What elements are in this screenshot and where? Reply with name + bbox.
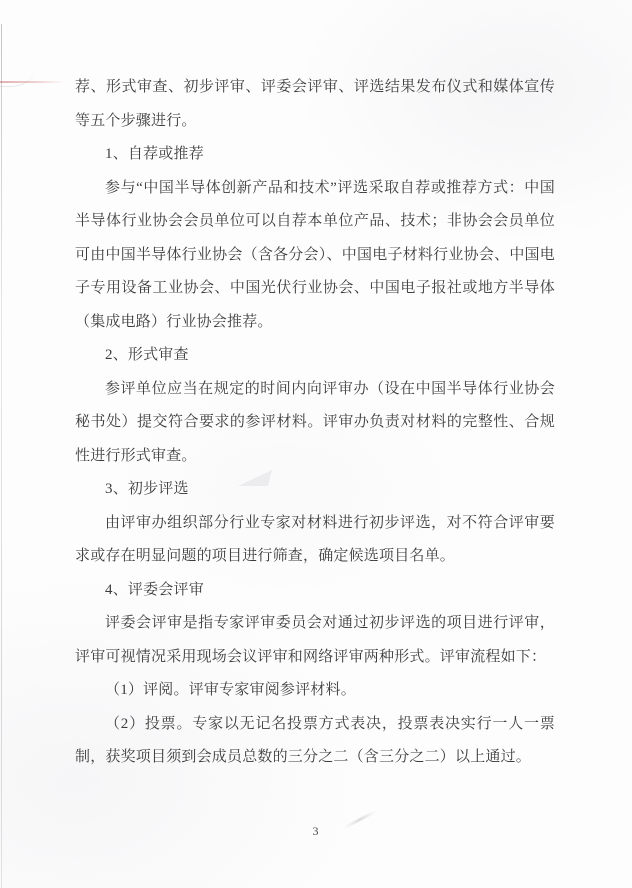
page-number: 3: [0, 824, 632, 839]
scan-edge-artifact: [1, 24, 2, 888]
document-body-text: 荐、形式审查、初步评审、评委会评审、评选结果发布仪式和媒体宣传等五个步骤进行。 …: [75, 71, 555, 775]
sub-item-2: （2）投票。专家以无记名投票方式表决，投票表决实行一人一票制，获奖项目须到会成员…: [75, 708, 555, 775]
body-paragraph-continuation: 荐、形式审查、初步评审、评委会评审、评选结果发布仪式和媒体宣传等五个步骤进行。: [75, 71, 555, 138]
section-heading-3: 3、初步评选: [75, 473, 555, 507]
pink-scan-mark: [0, 81, 64, 83]
section-heading-4: 4、评委会评审: [75, 574, 555, 608]
sub-item-1: （1）评阅。评审专家审阅参评材料。: [75, 674, 555, 708]
body-paragraph: 参评单位应当在规定的时间内向评审办（设在中国半导体行业协会秘书处）提交符合要求的…: [75, 373, 555, 474]
section-heading-2: 2、形式审查: [75, 339, 555, 373]
body-paragraph: 由评审办组织部分行业专家对材料进行初步评选，对不符合评审要求或存在明显问题的项目…: [75, 507, 555, 574]
section-heading-1: 1、自荐或推荐: [75, 138, 555, 172]
body-paragraph: 参与“中国半导体创新产品和技术”评选采取自荐或推荐方式：中国半导体行业协会会员单…: [75, 172, 555, 340]
scanned-document-page: 荐、形式审查、初步评审、评委会评审、评选结果发布仪式和媒体宣传等五个步骤进行。 …: [0, 0, 632, 888]
body-paragraph: 评委会评审是指专家评审委员会对通过初步评选的项目进行评审，评审可视情况采用现场会…: [75, 607, 555, 674]
